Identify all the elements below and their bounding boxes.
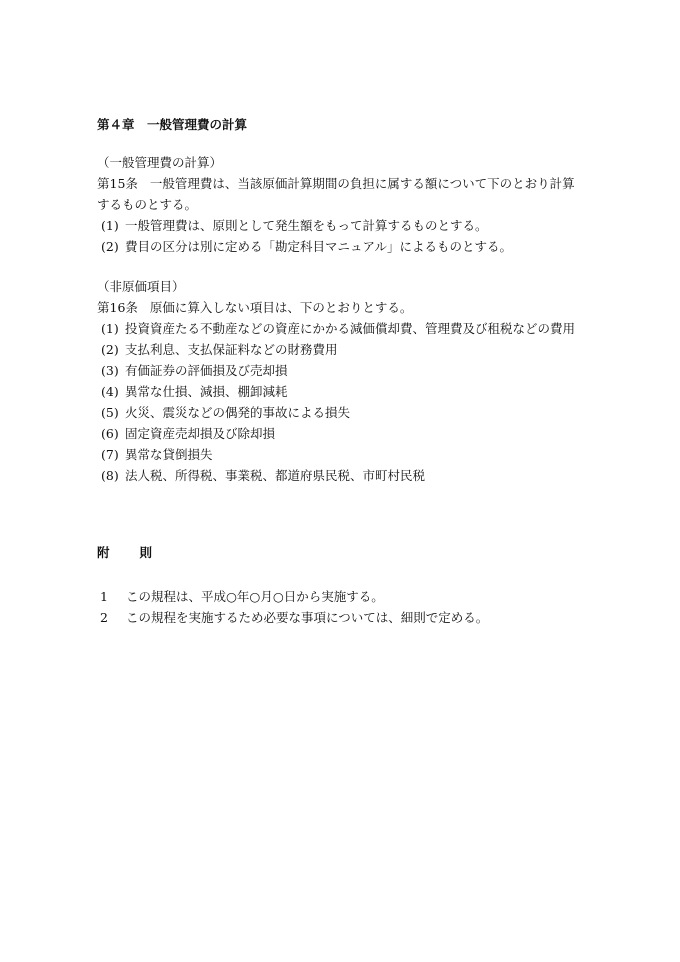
provision-item: 2この規程を実施するため必要な事項については、細則で定める。	[100, 610, 488, 626]
article-15-caption: （一般管理費の計算）	[97, 155, 222, 171]
article-15-body: 一般管理費は、当該原価計算期間の負担に属する額について下のとおり計算	[150, 176, 575, 191]
article-15-text-continued: するものとする。	[97, 197, 197, 213]
article-15-text: 第15条一般管理費は、当該原価計算期間の負担に属する額について下のとおり計算	[97, 176, 575, 192]
list-item: (8)法人税、所得税、事業税、都道府県民税、市町村民税	[101, 468, 425, 484]
article-16-caption: （非原価項目）	[97, 279, 185, 295]
list-item: (1)投資資産たる不動産などの資産にかかる減価償却費、管理費及び租税などの費用	[101, 321, 575, 337]
list-item: (3)有価証券の評価損及び売却損	[101, 363, 288, 379]
list-item: (5)火災、震災などの偶発的事故による損失	[101, 405, 350, 421]
list-item: (7)異常な貸倒損失	[101, 447, 213, 463]
list-item: (1)一般管理費は、原則として発生額をもって計算するものとする。	[101, 218, 488, 234]
list-item: (2)支払利息、支払保証料などの財務費用	[101, 342, 338, 358]
article-16-body: 原価に算入しない項目は、下のとおりとする。	[150, 300, 413, 315]
supplementary-provisions-title: 附則	[97, 545, 152, 561]
article-15-number: 第15条	[97, 176, 138, 191]
list-item: (6)固定資産売却損及び除却損	[101, 426, 275, 442]
list-item: (2)費目の区分は別に定める「勘定科目マニュアル」によるものとする。	[101, 239, 512, 255]
article-16-text: 第16条原価に算入しない項目は、下のとおりとする。	[97, 300, 412, 316]
chapter-title: 第４章 一般管理費の計算	[97, 117, 247, 133]
list-item: (4)異常な仕損、減損、棚卸減耗	[101, 384, 288, 400]
article-16-number: 第16条	[97, 300, 138, 315]
provision-item: 1この規程は、平成○年○月○日から実施する。	[100, 589, 384, 605]
